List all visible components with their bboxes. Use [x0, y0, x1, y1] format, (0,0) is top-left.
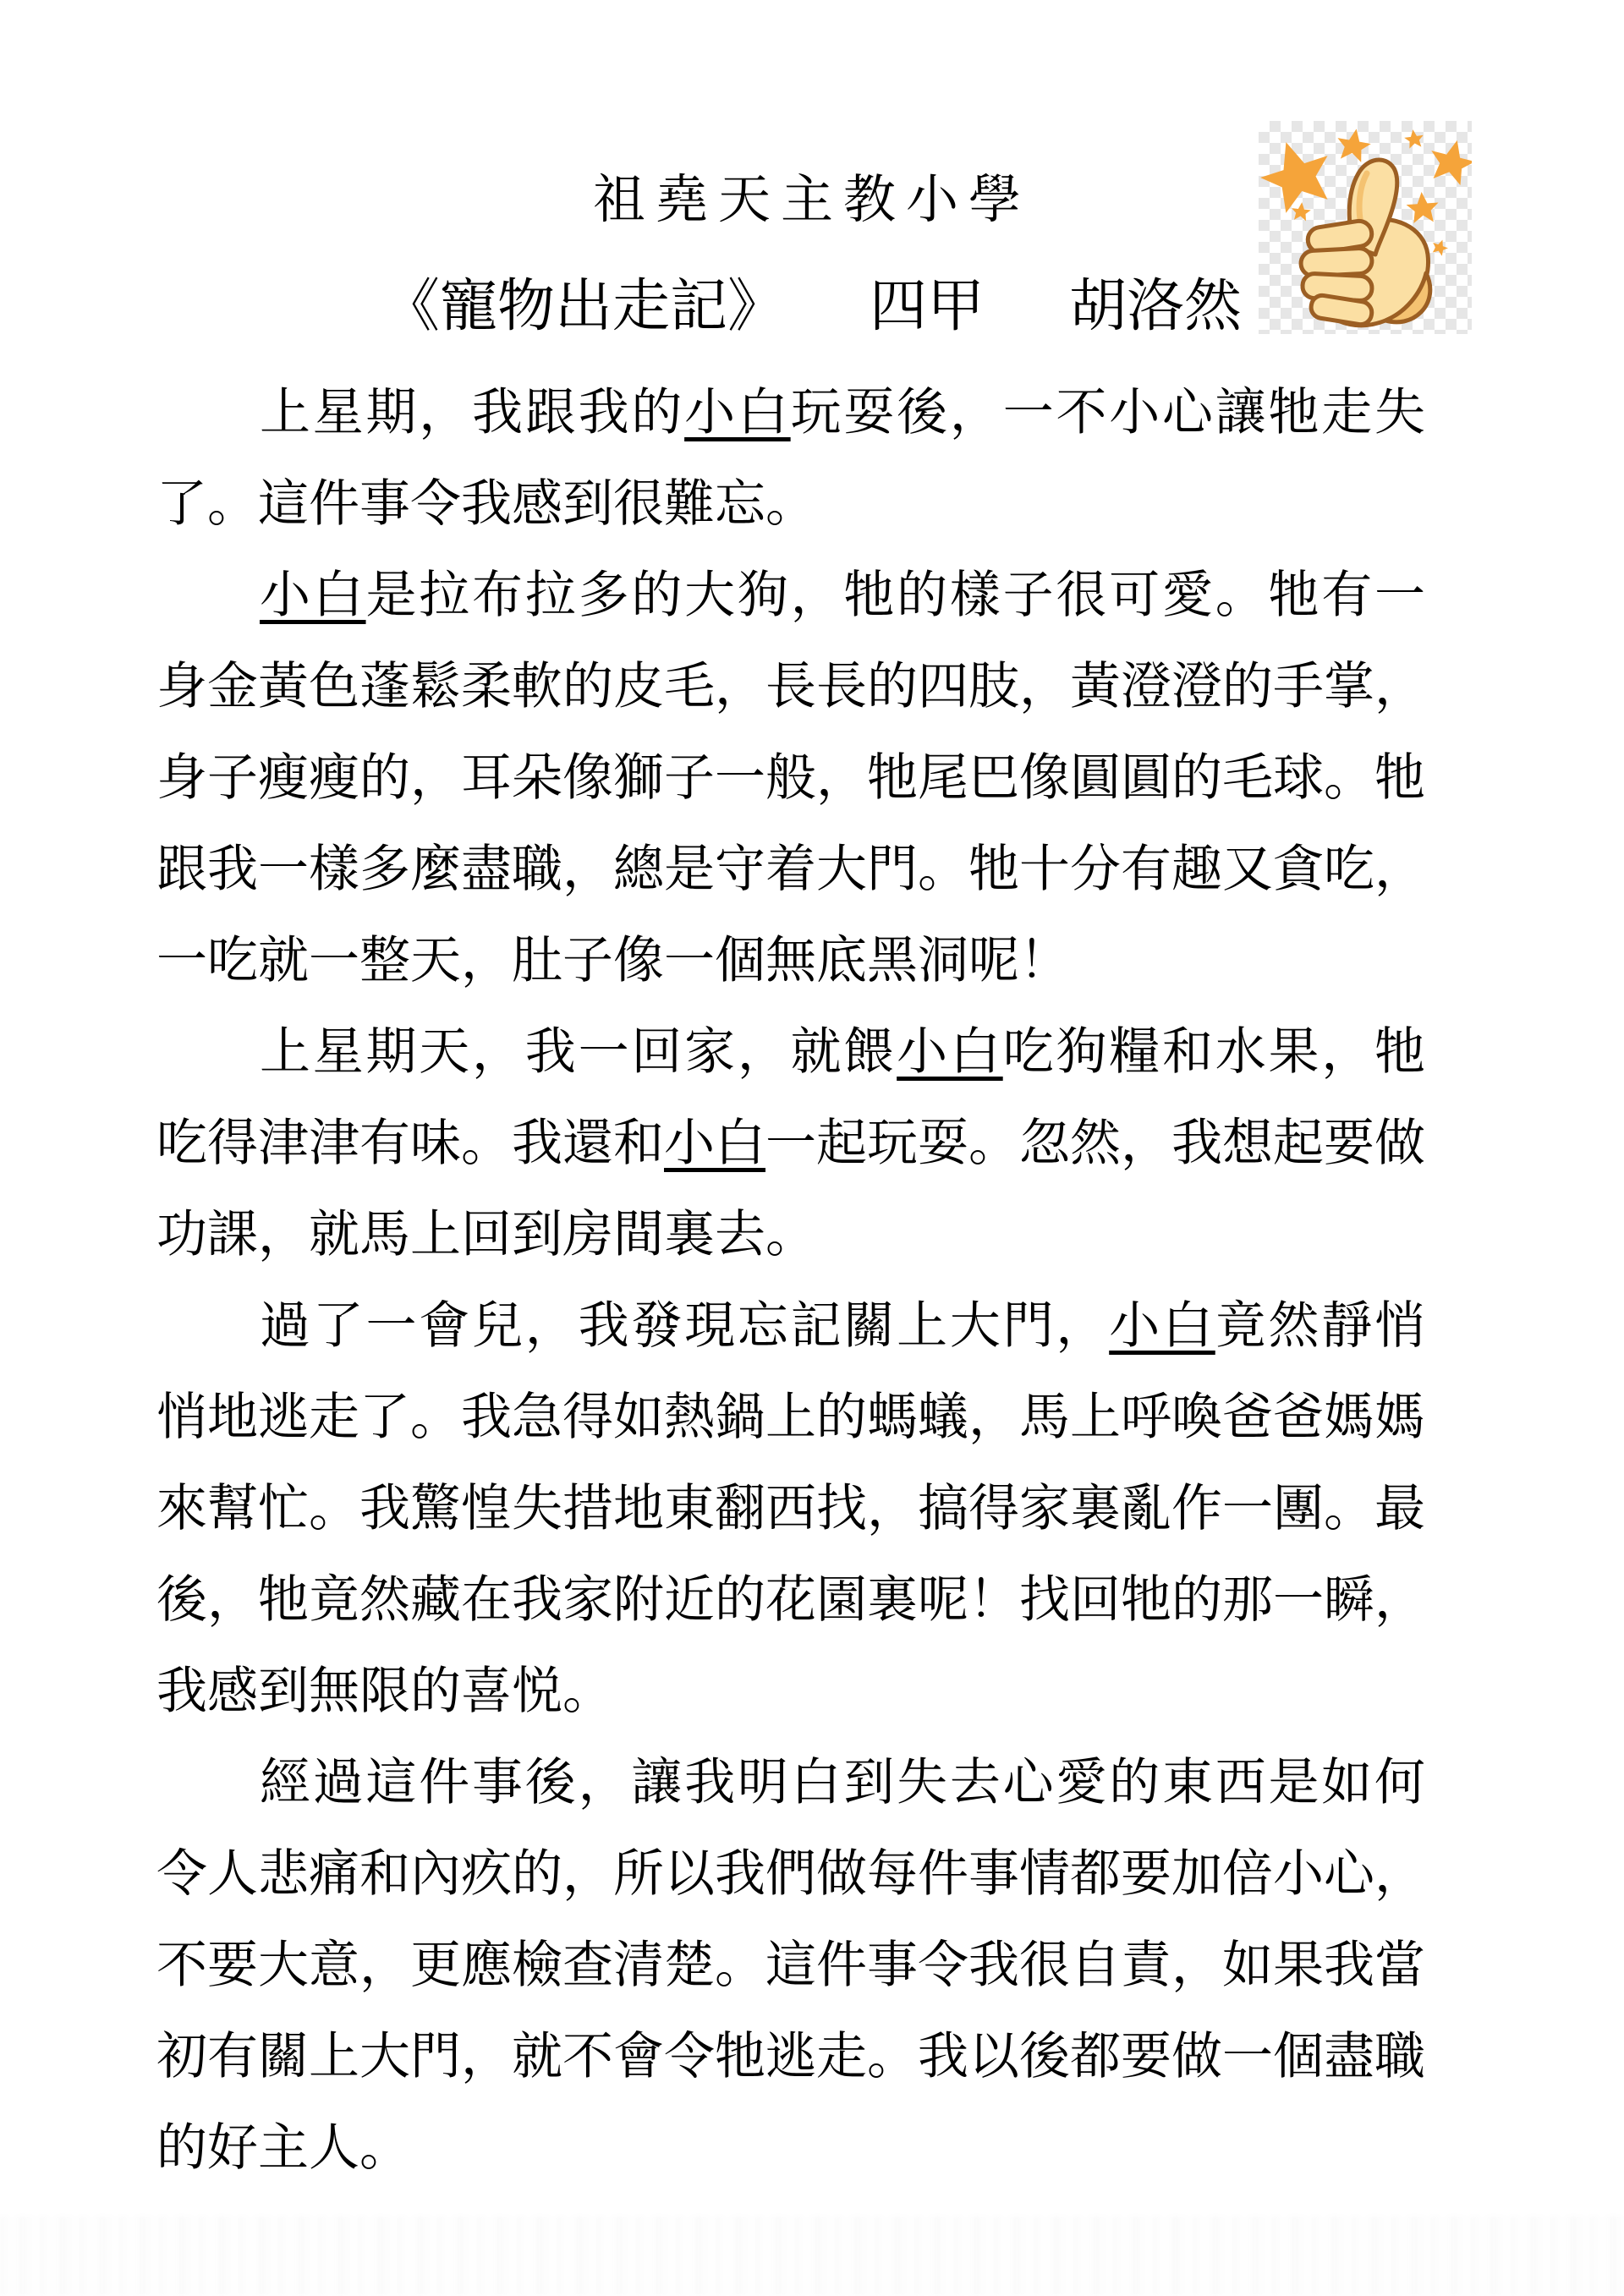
essay-paragraph: 上星期天，我一回家，就餵小白吃狗糧和水果，牠吃得津津有味。我還和小白一起玩耍。忽…	[156, 1006, 1425, 1280]
pet-name-underlined: 小白	[897, 1022, 1003, 1082]
essay-title-row: 《寵物出走記》 四甲 胡洛然	[178, 267, 1446, 347]
thumbs-up-sticker	[1259, 121, 1472, 334]
pet-name-underlined: 小白	[684, 383, 791, 442]
essay-text: 是拉布拉多的大狗，牠的樣子很可愛。牠有一身金黃色蓬鬆柔軟的皮毛，長長的四肢，黃澄…	[156, 566, 1425, 990]
student-name: 胡洛然	[1069, 267, 1242, 347]
pet-name-underlined: 小白	[664, 1114, 765, 1173]
essay-text: 竟然靜悄悄地逃走了。我急得如熱鍋上的螞蟻，馬上呼喚爸爸媽媽來幫忙。我驚惶失措地東…	[156, 1296, 1425, 1721]
school-name-title: 祖堯天主教小學	[178, 166, 1446, 233]
essay-text: 過了一會兒，我發現忘記關上大門，	[260, 1296, 1109, 1356]
essay-text: 上星期天，我一回家，就餵	[260, 1022, 897, 1082]
essay-paragraph: 過了一會兒，我發現忘記關上大門，小白竟然靜悄悄地逃走了。我急得如熱鍋上的螞蟻，馬…	[156, 1280, 1425, 1737]
document-page: 祖堯天主教小學 《寵物出走記》 四甲 胡洛然	[0, 0, 1624, 2296]
essay-body: 上星期，我跟我的小白玩耍後，一不小心讓牠走失了。這件事令我感到很難忘。小白是拉布…	[156, 367, 1425, 2194]
class-name: 四甲	[870, 267, 985, 347]
essay-paragraph: 小白是拉布拉多的大狗，牠的樣子很可愛。牠有一身金黃色蓬鬆柔軟的皮毛，長長的四肢，…	[156, 550, 1425, 1006]
pet-name-underlined: 小白	[1109, 1296, 1215, 1356]
essay-title: 《寵物出走記》	[382, 267, 785, 347]
pet-name-underlined: 小白	[260, 566, 366, 625]
essay-text: 上星期，我跟我的	[260, 383, 684, 442]
essay-paragraph: 經過這件事後，讓我明白到失去心愛的東西是如何令人悲痛和內疚的，所以我們做每件事情…	[156, 1737, 1425, 2194]
scan-artifact-strip	[0, 2216, 1624, 2296]
thumbs-up-icon	[1259, 121, 1472, 334]
essay-text: 經過這件事後，讓我明白到失去心愛的東西是如何令人悲痛和內疚的，所以我們做每件事情…	[156, 1753, 1425, 2178]
essay-paragraph: 上星期，我跟我的小白玩耍後，一不小心讓牠走失了。這件事令我感到很難忘。	[156, 367, 1425, 550]
